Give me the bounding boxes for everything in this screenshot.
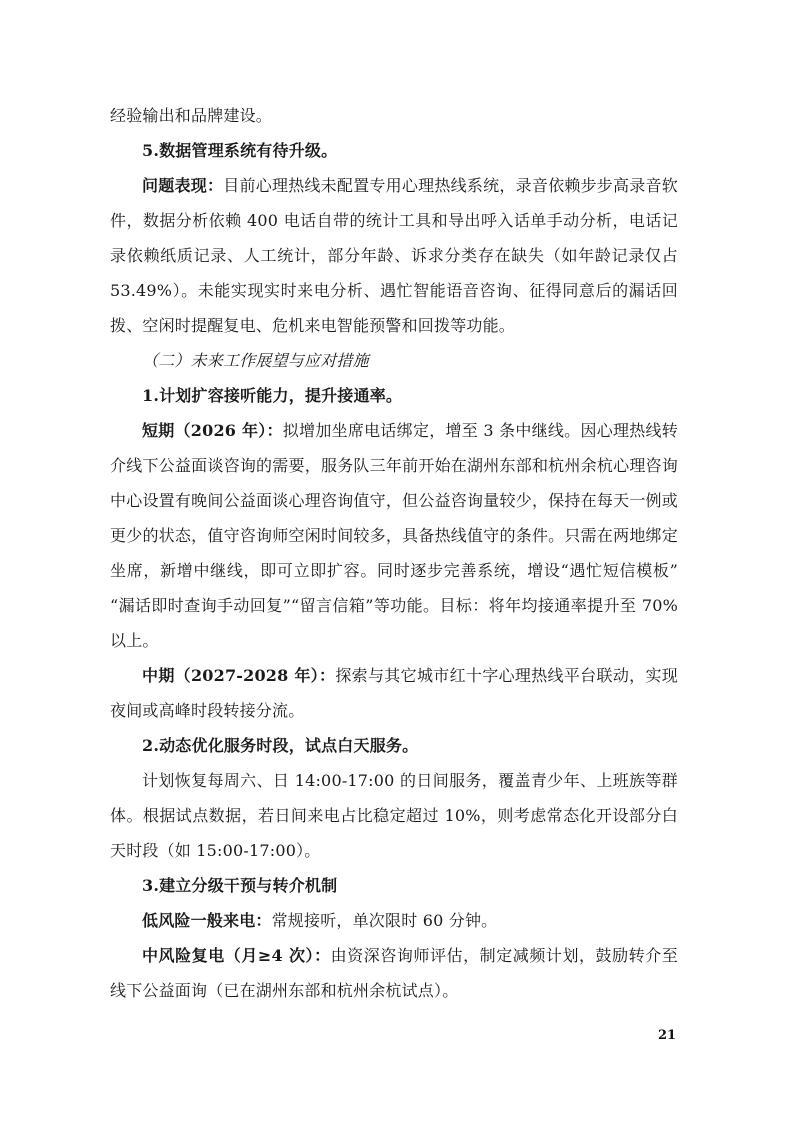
page-footer: 21 [0, 1026, 794, 1046]
text-run: 拟增加坐席电话绑定，增至 3 条中继线。因心理热线转介线下公益面谈咨询的需要，服… [110, 421, 678, 650]
bold-run: 低风险一般来电： [142, 911, 272, 930]
paragraph: 5.数据管理系统有待升级。 [110, 133, 678, 168]
paragraph: 中风险复电（月≥4 次）：由资深咨询师评估，制定减频计划，鼓励转介至线下公益面询… [110, 938, 678, 1008]
text-run: 计划恢复每周六、日 14:00-17:00 的日间服务，覆盖青少年、上班族等群体… [110, 771, 678, 860]
paragraph: （二）未来工作展望与应对措施 [110, 343, 678, 378]
text-run: （二）未来工作展望与应对措施 [142, 351, 369, 370]
bold-run: 中风险复电（月≥4 次）： [142, 946, 331, 965]
paragraph: 中期（2027-2028 年）：探索与其它城市红十字心理热线平台联动，实现夜间或… [110, 658, 678, 728]
paragraph: 计划恢复每周六、日 14:00-17:00 的日间服务，覆盖青少年、上班族等群体… [110, 763, 678, 868]
text-run: 常规接听，单次限时 60 分钟。 [272, 911, 498, 930]
bold-run: 2.动态优化服务时段，试点白天服务。 [142, 736, 418, 755]
page-number: 21 [658, 1026, 676, 1046]
document-body: 经验输出和品牌建设。5.数据管理系统有待升级。问题表现：目前心理热线未配置专用心… [110, 98, 678, 1008]
paragraph: 2.动态优化服务时段，试点白天服务。 [110, 728, 678, 763]
bold-run: 中期（2027-2028 年）： [142, 666, 335, 685]
paragraph: 问题表现：目前心理热线未配置专用心理热线系统，录音依赖步步高录音软件，数据分析依… [110, 168, 678, 343]
paragraph: 短期（2026 年）：拟增加坐席电话绑定，增至 3 条中继线。因心理热线转介线下… [110, 413, 678, 658]
document-page: 经验输出和品牌建设。5.数据管理系统有待升级。问题表现：目前心理热线未配置专用心… [0, 0, 794, 1123]
bold-run: 问题表现： [142, 176, 223, 195]
text-run: 经验输出和品牌建设。 [110, 106, 272, 125]
bold-run: 5.数据管理系统有待升级。 [142, 141, 337, 160]
bold-run: 3.建立分级干预与转介机制 [142, 876, 337, 895]
bold-run: 1.计划扩容接听能力，提升接通率。 [142, 386, 402, 405]
paragraph: 3.建立分级干预与转介机制 [110, 868, 678, 903]
paragraph: 低风险一般来电：常规接听，单次限时 60 分钟。 [110, 903, 678, 938]
paragraph: 1.计划扩容接听能力，提升接通率。 [110, 378, 678, 413]
paragraph: 经验输出和品牌建设。 [110, 98, 678, 133]
text-run: 目前心理热线未配置专用心理热线系统，录音依赖步步高录音软件，数据分析依赖 400… [110, 176, 678, 335]
bold-run: 短期（2026 年）： [142, 421, 283, 440]
